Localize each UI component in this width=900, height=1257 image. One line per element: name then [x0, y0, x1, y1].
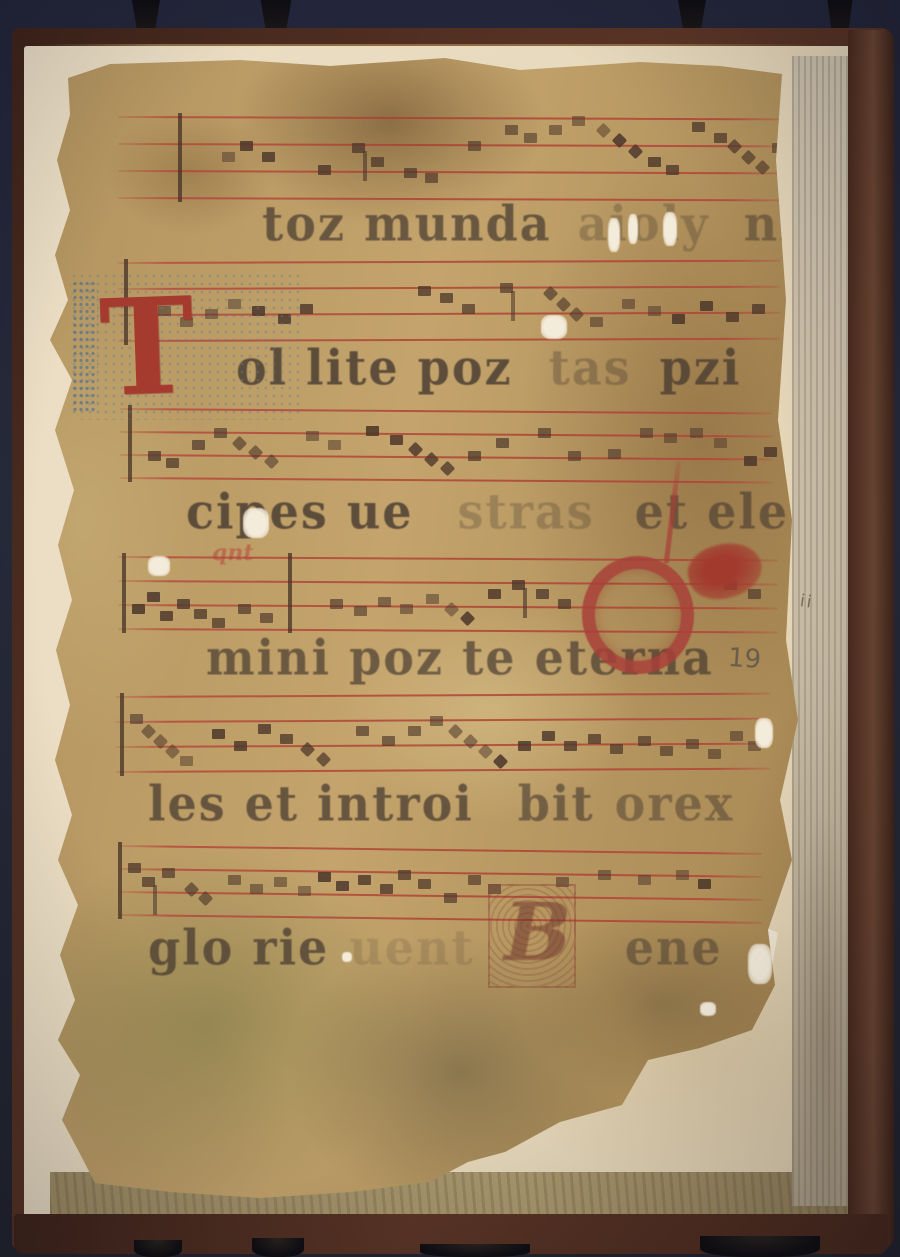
neume-square: [496, 438, 509, 448]
neume-square: [590, 317, 603, 327]
neume-square: [298, 886, 311, 896]
parchment-leaf: toz mundaaiolynrilol lite poztaspzicipes…: [40, 52, 802, 1202]
neume-square: [358, 875, 371, 885]
neume-diamond: [184, 881, 200, 897]
neume-square: [700, 301, 713, 311]
neume-square: [212, 618, 225, 628]
neume-square: [238, 604, 251, 614]
manuscript-photo: toz mundaaiolynrilol lite poztaspzicipes…: [0, 0, 900, 1257]
neume-square: [744, 456, 757, 466]
neume-square: [366, 426, 379, 436]
neume-square: [240, 141, 253, 151]
neume-square: [228, 875, 241, 885]
neume-square: [549, 125, 562, 135]
neume-diamond: [463, 734, 479, 750]
neume-square: [328, 440, 341, 450]
neume-square: [336, 881, 349, 891]
neume-square: [564, 741, 577, 751]
neume-diamond: [300, 741, 316, 757]
chant-text-line: les et introibitorex: [148, 776, 734, 828]
staff-bar-line: [178, 113, 182, 202]
neume-square: [130, 714, 143, 724]
neume-diamond: [444, 602, 460, 618]
neume-square: [356, 726, 369, 736]
staff-line: [116, 768, 770, 774]
neume-diamond: [448, 724, 464, 740]
neume-square: [444, 893, 457, 903]
neume-square: [598, 870, 611, 880]
neume-square: [147, 592, 160, 602]
chant-text-segment: cipes ue: [186, 484, 414, 539]
neume-square: [752, 304, 765, 314]
neume-square: [418, 286, 431, 296]
neume-square: [390, 435, 403, 445]
neume-square: [192, 440, 205, 450]
stand-foot: [420, 1244, 530, 1257]
neume-square: [505, 125, 518, 135]
neume-square: [726, 312, 739, 322]
chant-text-segment: toz munda: [262, 196, 552, 251]
neume-square: [180, 756, 193, 766]
neume-square: [648, 306, 661, 316]
neume-square: [258, 724, 271, 734]
neume-square: [132, 604, 145, 614]
neume-square: [558, 599, 571, 609]
neume-square: [468, 141, 481, 151]
neume-square: [371, 157, 384, 167]
staff-line: [116, 693, 770, 699]
staff-bar-line: [118, 842, 122, 919]
chant-text-segment: tas: [549, 340, 632, 395]
book-spine-leather: [848, 30, 894, 1250]
neume-square: [408, 726, 421, 736]
neume-diamond: [460, 611, 476, 627]
neume-square: [622, 299, 635, 309]
neume-square: [148, 451, 161, 461]
stand-foot: [700, 1236, 820, 1257]
chant-text-segment: ene: [625, 920, 723, 975]
neume-square: [714, 133, 727, 143]
neume-square: [194, 609, 207, 619]
neume-diamond: [493, 754, 509, 770]
penwork-initial-letter: B: [490, 886, 574, 978]
neume-square: [666, 165, 679, 175]
neume-square: [468, 451, 481, 461]
neume-square: [638, 875, 651, 885]
neume-diamond: [232, 435, 248, 451]
neume-square: [354, 606, 367, 616]
neume-diamond: [727, 138, 743, 154]
neume-diamond: [440, 461, 456, 477]
neume-square: [426, 594, 439, 604]
neume-square: [672, 314, 685, 324]
repair-patch: [608, 218, 620, 252]
chant-text-line: glo rieuentene: [148, 920, 723, 972]
folio-number: 19: [727, 643, 762, 675]
neume-square: [648, 157, 661, 167]
neume-square: [222, 152, 235, 162]
chant-text-segment: aioly: [578, 196, 710, 251]
neume-square: [692, 122, 705, 132]
chant-text-segment: uent: [349, 920, 474, 975]
neume-tail: [363, 151, 367, 181]
staff-line: [118, 260, 780, 265]
staff-line: [118, 845, 762, 855]
neume-square: [166, 458, 179, 468]
neume-square: [274, 877, 287, 887]
neume-square: [524, 133, 537, 143]
neume-diamond: [596, 122, 612, 138]
neume-diamond: [556, 296, 572, 312]
neume-square: [160, 611, 173, 621]
chant-text-segment: bit: [518, 776, 595, 831]
neume-diamond: [741, 149, 757, 165]
page-fore-edge: [792, 56, 856, 1206]
neume-tail: [511, 291, 515, 321]
neume-square: [686, 739, 699, 749]
repair-patch: [342, 952, 352, 962]
neume-square: [177, 599, 190, 609]
neume-square: [608, 449, 621, 459]
staff-line: [120, 454, 772, 461]
neume-square: [330, 599, 343, 609]
neume-square: [588, 734, 601, 744]
neume-square: [462, 304, 475, 314]
neume-square: [398, 870, 411, 880]
chant-text-line: toz mundaaiolynril: [262, 196, 844, 248]
chant-text-segment: glo rie: [148, 920, 329, 975]
neume-square: [400, 604, 413, 614]
repair-patch: [663, 212, 677, 246]
neume-square: [378, 597, 391, 607]
neume-tail: [153, 885, 157, 915]
neume-square: [664, 433, 677, 443]
staff-line: [118, 116, 782, 121]
neume-square: [468, 875, 481, 885]
repair-patch: [628, 214, 638, 244]
neume-square: [638, 736, 651, 746]
neume-square: [128, 863, 141, 873]
staff-bar-line: [288, 553, 292, 633]
repair-patch: [243, 508, 269, 538]
neume-square: [418, 879, 431, 889]
repair-patch: [748, 944, 772, 984]
neume-square: [572, 116, 585, 126]
neume-diamond: [141, 724, 157, 740]
neume-square: [714, 438, 727, 448]
chant-text-segment: orex: [615, 776, 735, 831]
staff-line: [118, 891, 762, 901]
neume-square: [488, 589, 501, 599]
neume-square: [536, 589, 549, 599]
neume-square: [698, 879, 711, 889]
neume-square: [318, 165, 331, 175]
neume-square: [690, 428, 703, 438]
neume-square: [440, 293, 453, 303]
margin-mark: ii: [799, 591, 815, 613]
red-rubric-text: qnt: [212, 540, 254, 566]
neume-square: [568, 451, 581, 461]
repair-patch: [700, 1002, 716, 1016]
neume-diamond: [569, 307, 585, 323]
neume-square: [764, 447, 777, 457]
repair-patch: [148, 556, 170, 576]
neume-square: [306, 431, 319, 441]
neume-square: [262, 152, 275, 162]
staff-line: [118, 143, 782, 148]
neume-square: [280, 734, 293, 744]
neume-square: [250, 884, 263, 894]
neume-square: [518, 741, 531, 751]
staff-bar-line: [120, 693, 124, 776]
neume-square: [380, 884, 393, 894]
neume-square: [610, 744, 623, 754]
chant-text-line: cipes uestraset eleua: [186, 484, 856, 536]
staff-line: [118, 170, 782, 175]
stand-foot: [134, 1240, 182, 1257]
chant-text-segment: les et introi: [148, 776, 474, 831]
neume-square: [425, 173, 438, 183]
chant-text-segment: stras: [458, 484, 595, 539]
neume-square: [382, 736, 395, 746]
stand-foot: [252, 1238, 304, 1257]
chant-text-line: ol lite poztaspzi: [236, 340, 741, 392]
neume-tail: [523, 588, 527, 618]
penwork-initial-frame: B: [488, 884, 576, 988]
neume-square: [640, 428, 653, 438]
neume-square: [708, 749, 721, 759]
neume-square: [260, 613, 273, 623]
neume-square: [748, 589, 761, 599]
initial-T-red: T: [98, 288, 196, 407]
repair-patch: [541, 315, 567, 339]
staff-line: [118, 868, 762, 878]
neume-square: [730, 731, 743, 741]
chant-text-segment: pzi: [660, 340, 742, 395]
neume-square: [542, 731, 555, 741]
neume-square: [676, 870, 689, 880]
neume-square: [660, 746, 673, 756]
neume-square: [430, 716, 443, 726]
neume-diamond: [248, 444, 264, 460]
neume-square: [214, 428, 227, 438]
neume-diamond: [424, 451, 440, 467]
neume-square: [538, 428, 551, 438]
neume-square: [162, 868, 175, 878]
neume-square: [318, 872, 331, 882]
neume-square: [234, 741, 247, 751]
staff-bar-line: [122, 553, 126, 633]
neume-square: [212, 729, 225, 739]
neume-square: [404, 168, 417, 178]
neume-diamond: [316, 751, 332, 767]
repair-patch: [755, 718, 773, 748]
filigree-border: [72, 280, 98, 414]
